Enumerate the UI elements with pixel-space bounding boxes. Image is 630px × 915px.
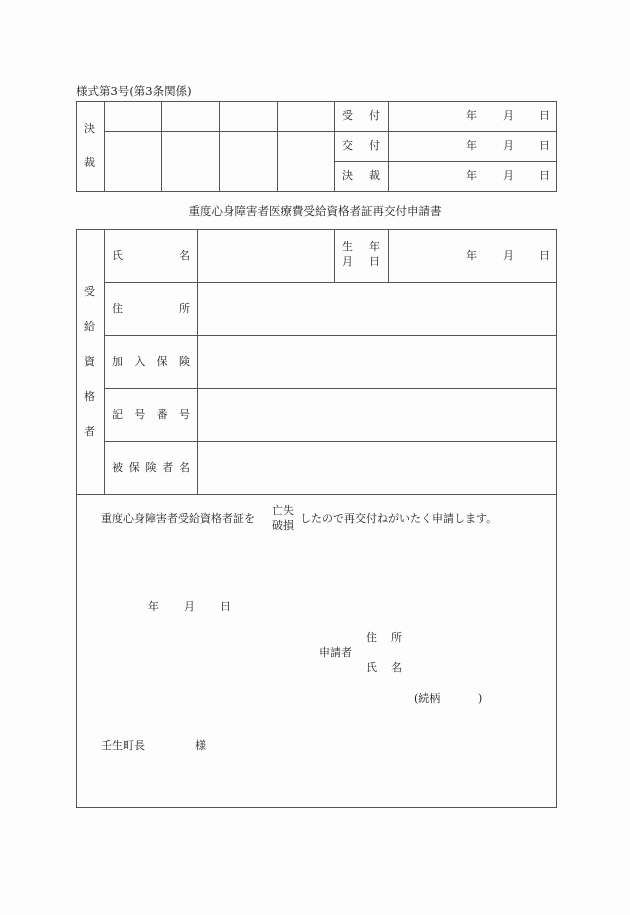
issue-date-field[interactable]	[389, 132, 556, 161]
addressee-name: 壬生町長	[101, 740, 145, 752]
approval-stamp-cell[interactable]	[220, 132, 277, 191]
name-field[interactable]	[198, 230, 334, 282]
name-label: 氏名	[112, 250, 190, 262]
approval-stamp-cell[interactable]	[220, 102, 277, 131]
symbol-number-field[interactable]	[198, 389, 556, 441]
birthdate-label: 生年 月日	[342, 241, 380, 268]
approval-side-label-bottom: 裁	[84, 157, 95, 169]
label-char: 交	[342, 140, 353, 152]
label-char: 住	[112, 303, 123, 315]
label-char: 付	[369, 110, 380, 122]
label-char: 険	[179, 356, 190, 368]
label-char: 氏	[112, 250, 123, 262]
label-char: 者	[162, 462, 173, 474]
approval-stamp-cell[interactable]	[162, 132, 219, 191]
applicant-name-label: 氏名	[366, 662, 402, 674]
label-char: 記	[112, 409, 123, 421]
applicant-name-field[interactable]	[408, 657, 548, 677]
decision-date-field[interactable]	[389, 162, 556, 191]
label-char: 名	[179, 250, 190, 262]
insurance-label: 加 入 保 険	[112, 356, 190, 368]
approval-stamp-cell[interactable]	[278, 102, 334, 131]
approval-row-decision: 決裁	[342, 170, 380, 182]
approval-stamp-cell[interactable]	[105, 132, 161, 191]
relation-open-label: (続柄	[414, 693, 440, 705]
recipient-side-label-char: 格	[84, 391, 95, 403]
form-number: 様式第3号(第3条関係)	[76, 85, 192, 97]
approval-stamp-cell[interactable]	[162, 102, 219, 131]
recipient-side-label-char: 給	[84, 321, 95, 333]
label-char: 所	[391, 632, 402, 644]
symbol-number-label: 記 号 番 号	[112, 409, 190, 421]
application-date-field[interactable]	[120, 596, 240, 616]
label-char: 保	[157, 356, 168, 368]
statement-option-lost[interactable]: 亡失	[272, 505, 294, 517]
label-char: 険	[146, 462, 157, 474]
label-char: 名	[391, 662, 402, 674]
relation-close-label: )	[478, 693, 482, 705]
birthdate-field[interactable]	[389, 230, 556, 282]
label-char: 保	[129, 462, 140, 474]
label-char: 被	[112, 462, 123, 474]
label-char: 氏	[366, 662, 377, 674]
page-title: 重度心身障害者医療費受給資格者証再交付申請書	[0, 205, 630, 217]
relation-field[interactable]	[444, 689, 476, 707]
recipient-side-label-char: 受	[84, 286, 95, 298]
approval-side-label-top: 決	[84, 123, 95, 135]
applicant-label: 申請者	[319, 647, 352, 659]
label-char: 決	[342, 170, 353, 182]
addressee-honorific: 様	[195, 740, 206, 752]
approval-stamp-cell[interactable]	[278, 132, 334, 191]
label-char: 住	[366, 632, 377, 644]
recipient-side-label-char: 者	[84, 426, 95, 438]
label-char: 号	[179, 409, 190, 421]
label-char: 裁	[369, 170, 380, 182]
statement-prefix: 重度心身障害者受給資格者証を	[101, 513, 255, 525]
insured-name-label: 被 保 険 者 名	[112, 462, 190, 474]
label-char: 日	[369, 256, 380, 268]
statement-option-damaged[interactable]: 破損	[272, 520, 294, 532]
receipt-date-field[interactable]	[389, 102, 556, 131]
address-label: 住所	[112, 303, 190, 315]
applicant-address-field[interactable]	[408, 627, 548, 647]
applicant-address-label: 住所	[366, 632, 402, 644]
label-char: 入	[134, 356, 145, 368]
label-char: 番	[157, 409, 168, 421]
label-char: 号	[134, 409, 145, 421]
label-char: 受	[342, 110, 353, 122]
approval-row-receipt: 受付	[342, 110, 380, 122]
recipient-side-label-char: 資	[84, 356, 95, 368]
label-char: 付	[369, 140, 380, 152]
address-field[interactable]	[198, 283, 556, 335]
label-char: 月	[342, 256, 353, 268]
approval-row-issue: 交付	[342, 140, 380, 152]
label-char: 加	[112, 356, 123, 368]
insured-name-field[interactable]	[198, 442, 556, 494]
label-char: 生	[342, 241, 353, 253]
insurance-field[interactable]	[198, 336, 556, 388]
approval-stamp-cell[interactable]	[105, 102, 161, 131]
label-char: 年	[369, 241, 380, 253]
label-char: 名	[179, 462, 190, 474]
statement-suffix: したので再交付ねがいたく申請します。	[300, 513, 497, 525]
label-char: 所	[179, 303, 190, 315]
